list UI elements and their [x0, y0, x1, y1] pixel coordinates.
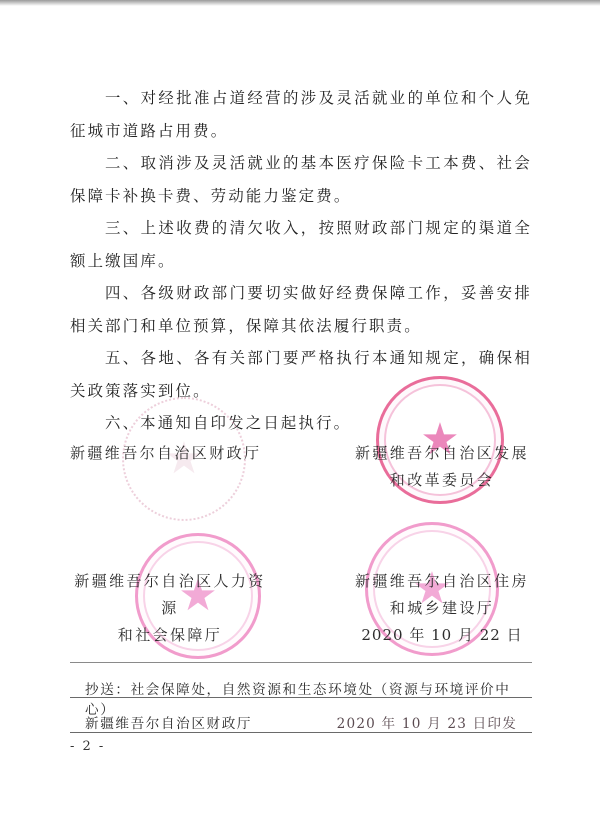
signing-date: 2020 年 10 月 22 日	[352, 622, 532, 649]
signatory-development-reform: 新疆维吾尔自治区发展 和改革委员会	[352, 440, 532, 494]
footer-divider-middle	[70, 697, 532, 698]
footer-divider-bottom	[70, 732, 532, 733]
paragraph-2: 二、取消涉及灵活就业的基本医疗保险卡工本费、社会保障卡补换卡费、劳动能力鉴定费。	[70, 147, 532, 212]
signatory-line: 新疆维吾尔自治区人力资源	[70, 568, 270, 622]
footer-divider-top	[70, 662, 532, 663]
signatory-line: 新疆维吾尔自治区住房	[352, 568, 532, 595]
page-number: - 2 -	[70, 739, 105, 754]
signatory-finance-dept: 新疆维吾尔自治区财政厅	[70, 440, 270, 467]
issuer: 新疆维吾尔自治区财政厅	[85, 712, 252, 732]
paragraph-1: 一、对经批准占道经营的涉及灵活就业的单位和个人免征城市道路占用费。	[70, 82, 532, 147]
paragraph-4: 四、各级财政部门要切实做好经费保障工作，妥善安排相关部门和单位预算，保障其依法履…	[70, 277, 532, 342]
signatory-human-resources: 新疆维吾尔自治区人力资源 和社会保障厅	[70, 568, 270, 649]
paragraph-3: 三、上述收费的清欠收入，按照财政部门规定的渠道全额上缴国库。	[70, 212, 532, 277]
issue-line: 新疆维吾尔自治区财政厅 2020 年 10 月 23 日印发	[85, 712, 517, 732]
scan-top-edge	[0, 0, 600, 6]
signatory-line: 和改革委员会	[352, 467, 532, 494]
signatory-line: 新疆维吾尔自治区发展	[352, 440, 532, 467]
issue-date: 2020 年 10 月 23 日印发	[337, 712, 517, 732]
signatory-line: 和社会保障厅	[70, 622, 270, 649]
signatory-line: 和城乡建设厅	[352, 595, 532, 622]
signatory-line: 新疆维吾尔自治区财政厅	[70, 440, 270, 467]
signatory-housing-construction: 新疆维吾尔自治区住房 和城乡建设厅 2020 年 10 月 22 日	[352, 568, 532, 649]
